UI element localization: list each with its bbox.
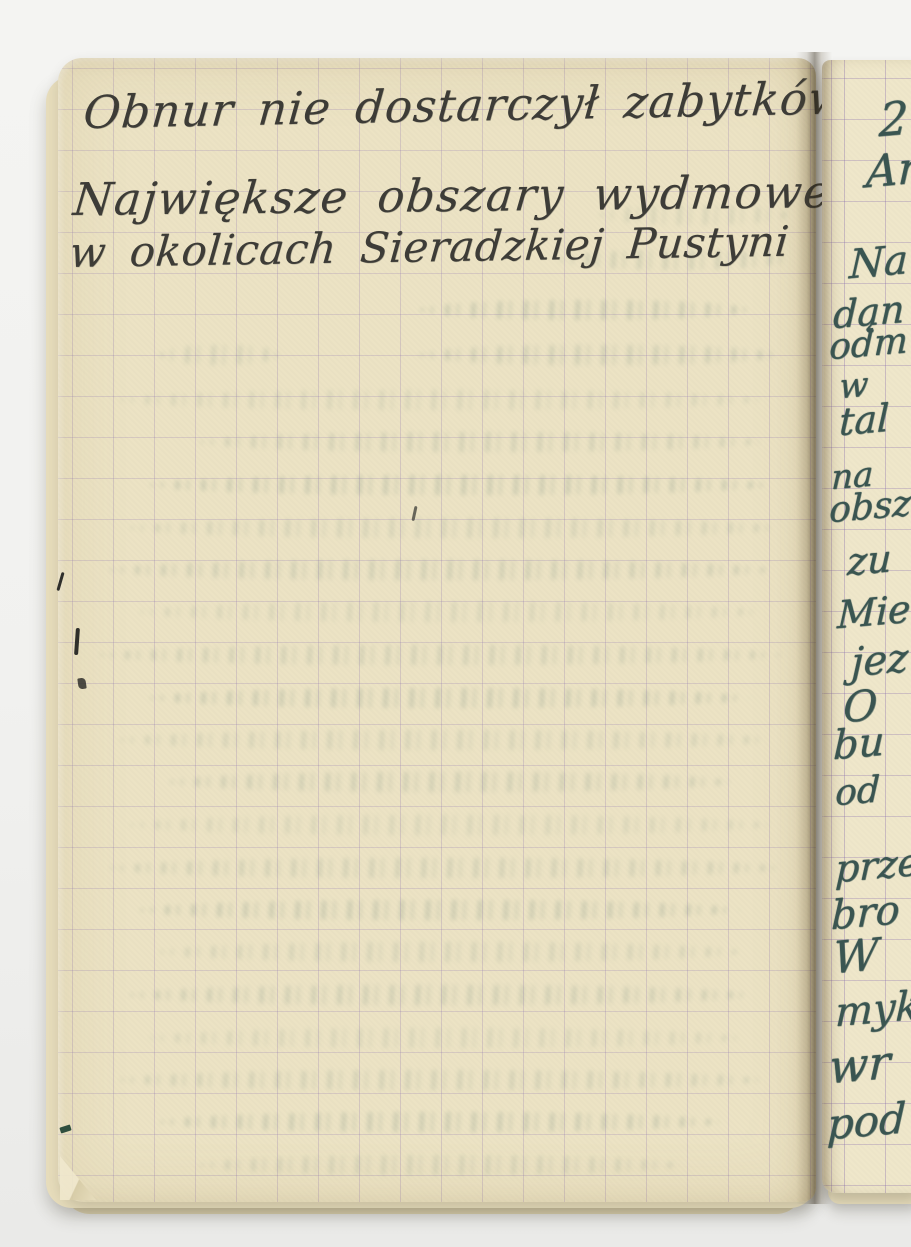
pencil-tick [411, 506, 417, 521]
ink-fragment: Ar [865, 142, 911, 198]
edge-ink-mark [77, 677, 86, 689]
bleed-through-stroke [130, 985, 750, 1005]
bleed-through-stroke [110, 858, 780, 878]
bleed-through-stroke [120, 1070, 760, 1090]
ink-fragment: tal [838, 396, 889, 445]
handwriting-line: w okolicach Sieradzkiej Pustyni [68, 217, 792, 277]
bleed-through-stroke [120, 390, 760, 410]
bleed-through-stroke [100, 645, 780, 665]
ink-fragment: myk [834, 983, 911, 1037]
ink-fragment: odm [829, 320, 909, 368]
scanned-notebook: Obnur nie dostarczył zabytków. Największ… [0, 0, 911, 1247]
ink-fragment: W [832, 929, 879, 984]
bleed-through-stroke [150, 688, 750, 708]
bleed-through-stroke [130, 518, 780, 538]
ink-fragment: zu [846, 536, 892, 584]
ink-fragment: prze [834, 840, 911, 892]
edge-ink-mark [74, 628, 80, 655]
bleed-through-stroke [160, 942, 740, 962]
bleed-through-stroke [160, 1112, 720, 1132]
ink-fragment: wr [828, 1035, 891, 1095]
ink-fragment: jez [850, 635, 909, 686]
ink-fragment: Mie [836, 587, 911, 638]
bleed-through-stroke [160, 345, 280, 365]
ink-fragment: 2 [878, 90, 909, 147]
ink-fragment: od [835, 769, 881, 814]
bleed-through-stroke [120, 730, 770, 750]
bleed-through-stroke [200, 1155, 680, 1175]
edge-ink-mark [56, 572, 64, 591]
bleed-through-stroke [140, 602, 760, 622]
bleed-through-stroke [420, 300, 750, 320]
bleed-through-stroke [420, 345, 780, 365]
bleed-through-stroke [150, 475, 770, 495]
page-corner-fold [60, 1156, 96, 1200]
bleed-through-stroke [170, 772, 730, 792]
bleed-through-stroke [130, 815, 770, 835]
bleed-through-stroke [140, 900, 740, 920]
ink-fragment: Na [848, 237, 908, 288]
right-page: 2 Ar Na dąn odm w tal na obsz zu Mie jez… [822, 60, 911, 1193]
ink-fragment: pod [826, 1093, 906, 1149]
bleed-through-stroke [110, 560, 770, 580]
ink-fragment: obsz [829, 483, 911, 531]
ink-fragment: bu [832, 719, 885, 770]
ink-speck [59, 1124, 71, 1133]
bleed-through-stroke [150, 1028, 740, 1048]
bleed-through-stroke [200, 432, 760, 452]
left-page: Obnur nie dostarczył zabytków. Największ… [58, 58, 816, 1202]
handwriting-line: Obnur nie dostarczył zabytków. [81, 71, 860, 139]
